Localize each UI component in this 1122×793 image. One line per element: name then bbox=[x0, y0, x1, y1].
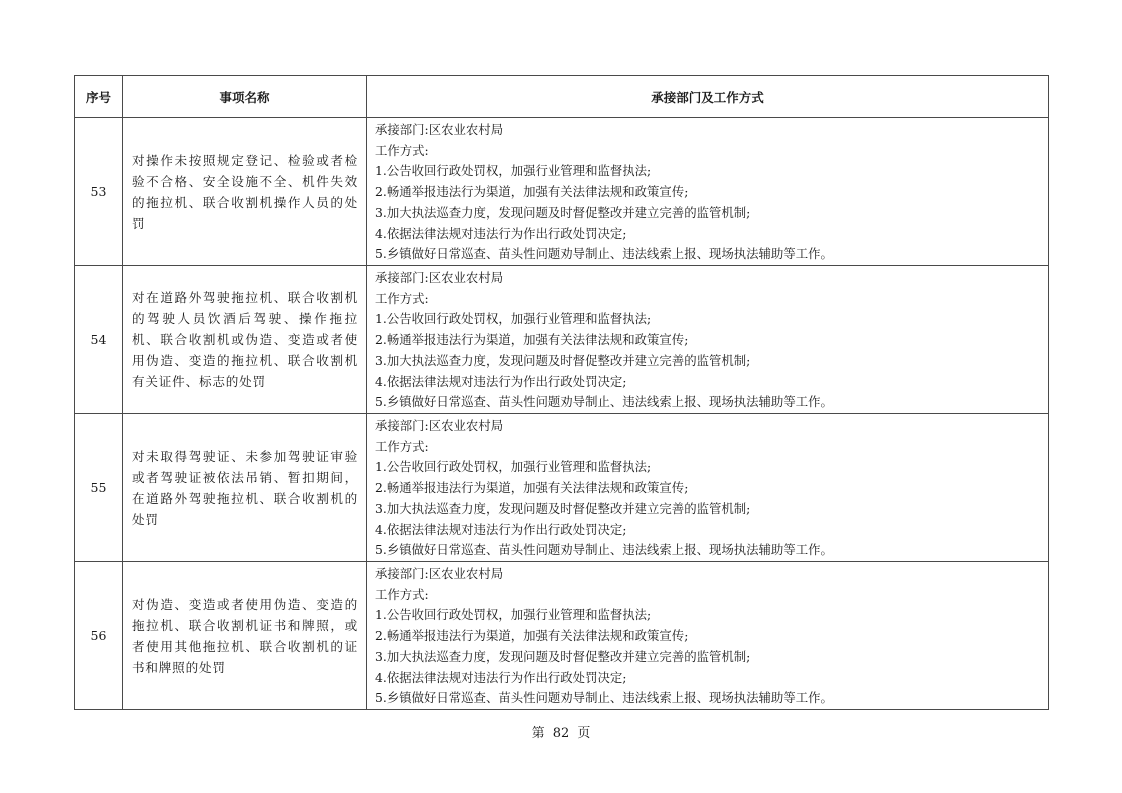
method-item-2: 2.畅通举报违法行为渠道，加强有关法律法规和政策宣传; bbox=[375, 182, 1042, 203]
method-item-1: 1.公告收回行政处罚权，加强行业管理和监督执法; bbox=[375, 605, 1042, 626]
row-matter-name: 对操作未按照规定登记、检验或者检验不合格、安全设施不全、机件失效的拖拉机、联合收… bbox=[123, 118, 367, 266]
row-serial-number: 56 bbox=[75, 562, 123, 710]
method-item-4: 4.依据法律法规对违法行为作出行政处罚决定; bbox=[375, 224, 1042, 245]
row-department-method: 承接部门:区农业农村局 工作方式: 1.公告收回行政处罚权，加强行业管理和监督执… bbox=[367, 414, 1049, 562]
row-department-method: 承接部门:区农业农村局 工作方式: 1.公告收回行政处罚权，加强行业管理和监督执… bbox=[367, 118, 1049, 266]
row-serial-number: 53 bbox=[75, 118, 123, 266]
row-serial-number: 54 bbox=[75, 266, 123, 414]
table-row: 54 对在道路外驾驶拖拉机、联合收割机的驾驶人员饮酒后驾驶、操作拖拉机、联合收割… bbox=[75, 266, 1049, 414]
work-method-label: 工作方式: bbox=[375, 141, 1042, 162]
department-line: 承接部门:区农业农村局 bbox=[375, 564, 1042, 585]
method-item-5: 5.乡镇做好日常巡查、苗头性问题劝导制止、违法线索上报、现场执法辅助等工作。 bbox=[375, 392, 1042, 413]
work-method-label: 工作方式: bbox=[375, 437, 1042, 458]
table-row: 55 对未取得驾驶证、未参加驾驶证审验或者驾驶证被依法吊销、暂扣期间，在道路外驾… bbox=[75, 414, 1049, 562]
work-method-label: 工作方式: bbox=[375, 585, 1042, 606]
row-matter-name: 对未取得驾驶证、未参加驾驶证审验或者驾驶证被依法吊销、暂扣期间，在道路外驾驶拖拉… bbox=[123, 414, 367, 562]
department-line: 承接部门:区农业农村局 bbox=[375, 268, 1042, 289]
work-method-label: 工作方式: bbox=[375, 289, 1042, 310]
department-line: 承接部门:区农业农村局 bbox=[375, 120, 1042, 141]
method-item-3: 3.加大执法巡查力度，发现问题及时督促整改并建立完善的监管机制; bbox=[375, 203, 1042, 224]
method-item-5: 5.乡镇做好日常巡查、苗头性问题劝导制止、违法线索上报、现场执法辅助等工作。 bbox=[375, 540, 1042, 561]
page-number: 第 82 页 bbox=[0, 722, 1122, 741]
method-item-2: 2.畅通举报违法行为渠道，加强有关法律法规和政策宣传; bbox=[375, 478, 1042, 499]
method-item-3: 3.加大执法巡查力度，发现问题及时督促整改并建立完善的监管机制; bbox=[375, 499, 1042, 520]
row-serial-number: 55 bbox=[75, 414, 123, 562]
method-item-3: 3.加大执法巡查力度，发现问题及时督促整改并建立完善的监管机制; bbox=[375, 647, 1042, 668]
method-item-5: 5.乡镇做好日常巡查、苗头性问题劝导制止、违法线索上报、现场执法辅助等工作。 bbox=[375, 244, 1042, 265]
method-item-4: 4.依据法律法规对违法行为作出行政处罚决定; bbox=[375, 520, 1042, 541]
method-item-1: 1.公告收回行政处罚权，加强行业管理和监督执法; bbox=[375, 161, 1042, 182]
method-item-3: 3.加大执法巡查力度，发现问题及时督促整改并建立完善的监管机制; bbox=[375, 351, 1042, 372]
header-matter-name: 事项名称 bbox=[123, 76, 367, 118]
method-item-4: 4.依据法律法规对违法行为作出行政处罚决定; bbox=[375, 668, 1042, 689]
method-item-2: 2.畅通举报违法行为渠道，加强有关法律法规和政策宣传; bbox=[375, 626, 1042, 647]
method-item-5: 5.乡镇做好日常巡查、苗头性问题劝导制止、违法线索上报、现场执法辅助等工作。 bbox=[375, 688, 1042, 709]
matters-table: 序号 事项名称 承接部门及工作方式 53 对操作未按照规定登记、检验或者检验不合… bbox=[74, 75, 1049, 710]
method-item-2: 2.畅通举报违法行为渠道，加强有关法律法规和政策宣传; bbox=[375, 330, 1042, 351]
header-serial-number: 序号 bbox=[75, 76, 123, 118]
table-header-row: 序号 事项名称 承接部门及工作方式 bbox=[75, 76, 1049, 118]
header-department-method: 承接部门及工作方式 bbox=[367, 76, 1049, 118]
table-row: 56 对伪造、变造或者使用伪造、变造的拖拉机、联合收割机证书和牌照，或者使用其他… bbox=[75, 562, 1049, 710]
row-department-method: 承接部门:区农业农村局 工作方式: 1.公告收回行政处罚权，加强行业管理和监督执… bbox=[367, 266, 1049, 414]
method-item-4: 4.依据法律法规对违法行为作出行政处罚决定; bbox=[375, 372, 1042, 393]
row-department-method: 承接部门:区农业农村局 工作方式: 1.公告收回行政处罚权，加强行业管理和监督执… bbox=[367, 562, 1049, 710]
method-item-1: 1.公告收回行政处罚权，加强行业管理和监督执法; bbox=[375, 309, 1042, 330]
table-row: 53 对操作未按照规定登记、检验或者检验不合格、安全设施不全、机件失效的拖拉机、… bbox=[75, 118, 1049, 266]
department-line: 承接部门:区农业农村局 bbox=[375, 416, 1042, 437]
row-matter-name: 对在道路外驾驶拖拉机、联合收割机的驾驶人员饮酒后驾驶、操作拖拉机、联合收割机或伪… bbox=[123, 266, 367, 414]
method-item-1: 1.公告收回行政处罚权，加强行业管理和监督执法; bbox=[375, 457, 1042, 478]
row-matter-name: 对伪造、变造或者使用伪造、变造的拖拉机、联合收割机证书和牌照，或者使用其他拖拉机… bbox=[123, 562, 367, 710]
